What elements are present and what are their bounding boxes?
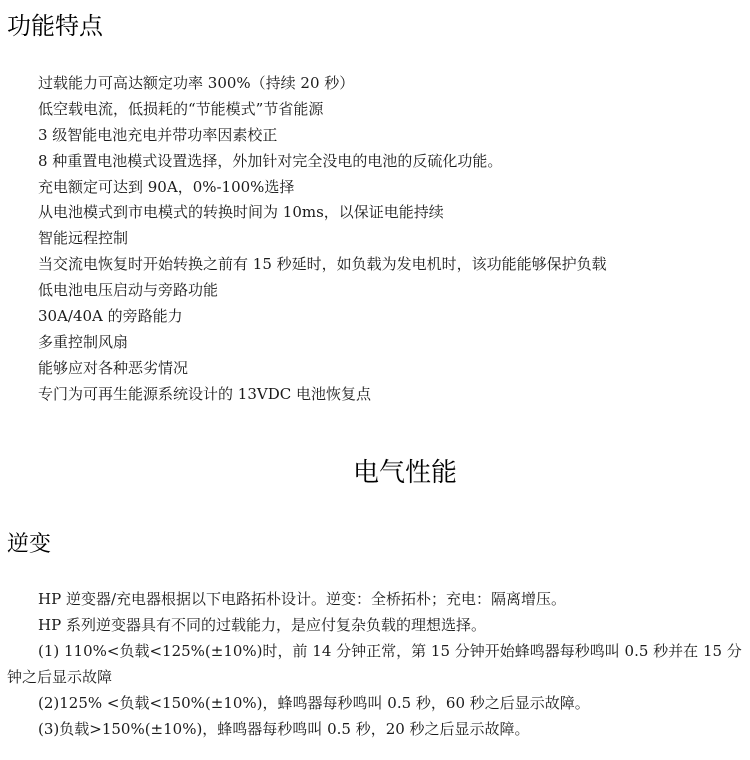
feature-item: 低空载电流，低损耗的“节能模式”节省能源 (38, 97, 607, 123)
feature-item: 过载能力可高达额定功率 300%（持续 20 秒） (38, 71, 607, 97)
features-list: 过载能力可高达额定功率 300%（持续 20 秒） 低空载电流，低损耗的“节能模… (38, 71, 607, 408)
feature-item: 专门为可再生能源系统设计的 13VDC 电池恢复点 (38, 382, 607, 408)
electrical-performance-heading: 电气性能 (0, 452, 750, 489)
feature-item: 能够应对各种恶劣情况 (38, 356, 607, 382)
feature-item: 低电池电压启动与旁路功能 (38, 278, 607, 304)
overload-rule-1: (1) 110%<负载<125%(±10%)时，前 14 分钟正常，第 15 分… (7, 639, 749, 691)
feature-item: 30A/40A 的旁路能力 (38, 304, 607, 330)
inverter-paragraph: HP 逆变器/充电器根据以下电路拓朴设计。逆变：全桥拓朴；充电：隔离增压。 (7, 587, 749, 613)
inverter-paragraph: HP 系列逆变器具有不同的过载能力，是应付复杂负载的理想选择。 (7, 613, 749, 639)
inverter-description: HP 逆变器/充电器根据以下电路拓朴设计。逆变：全桥拓朴；充电：隔离增压。 HP… (7, 587, 749, 742)
feature-item: 多重控制风扇 (38, 330, 607, 356)
feature-item: 8 种重置电池模式设置选择，外加针对完全没电的电池的反硫化功能。 (38, 149, 607, 175)
feature-item: 当交流电恢复时开始转换之前有 15 秒延时，如负载为发电机时，该功能能够保护负载 (38, 252, 607, 278)
features-heading: 功能特点 (7, 6, 103, 41)
inverter-subheading: 逆变 (7, 527, 51, 558)
overload-rule-3: (3)负载>150%(±10%)，蜂鸣器每秒鸣叫 0.5 秒，20 秒之后显示故… (7, 717, 749, 743)
feature-item: 3 级智能电池充电并带功率因素校正 (38, 123, 607, 149)
feature-item: 从电池模式到市电模式的转换时间为 10ms，以保证电能持续 (38, 200, 607, 226)
feature-item: 充电额定可达到 90A，0%-100%选择 (38, 175, 607, 201)
feature-item: 智能远程控制 (38, 226, 607, 252)
overload-rule-2: (2)125% <负载<150%(±10%)，蜂鸣器每秒鸣叫 0.5 秒，60 … (7, 691, 749, 717)
